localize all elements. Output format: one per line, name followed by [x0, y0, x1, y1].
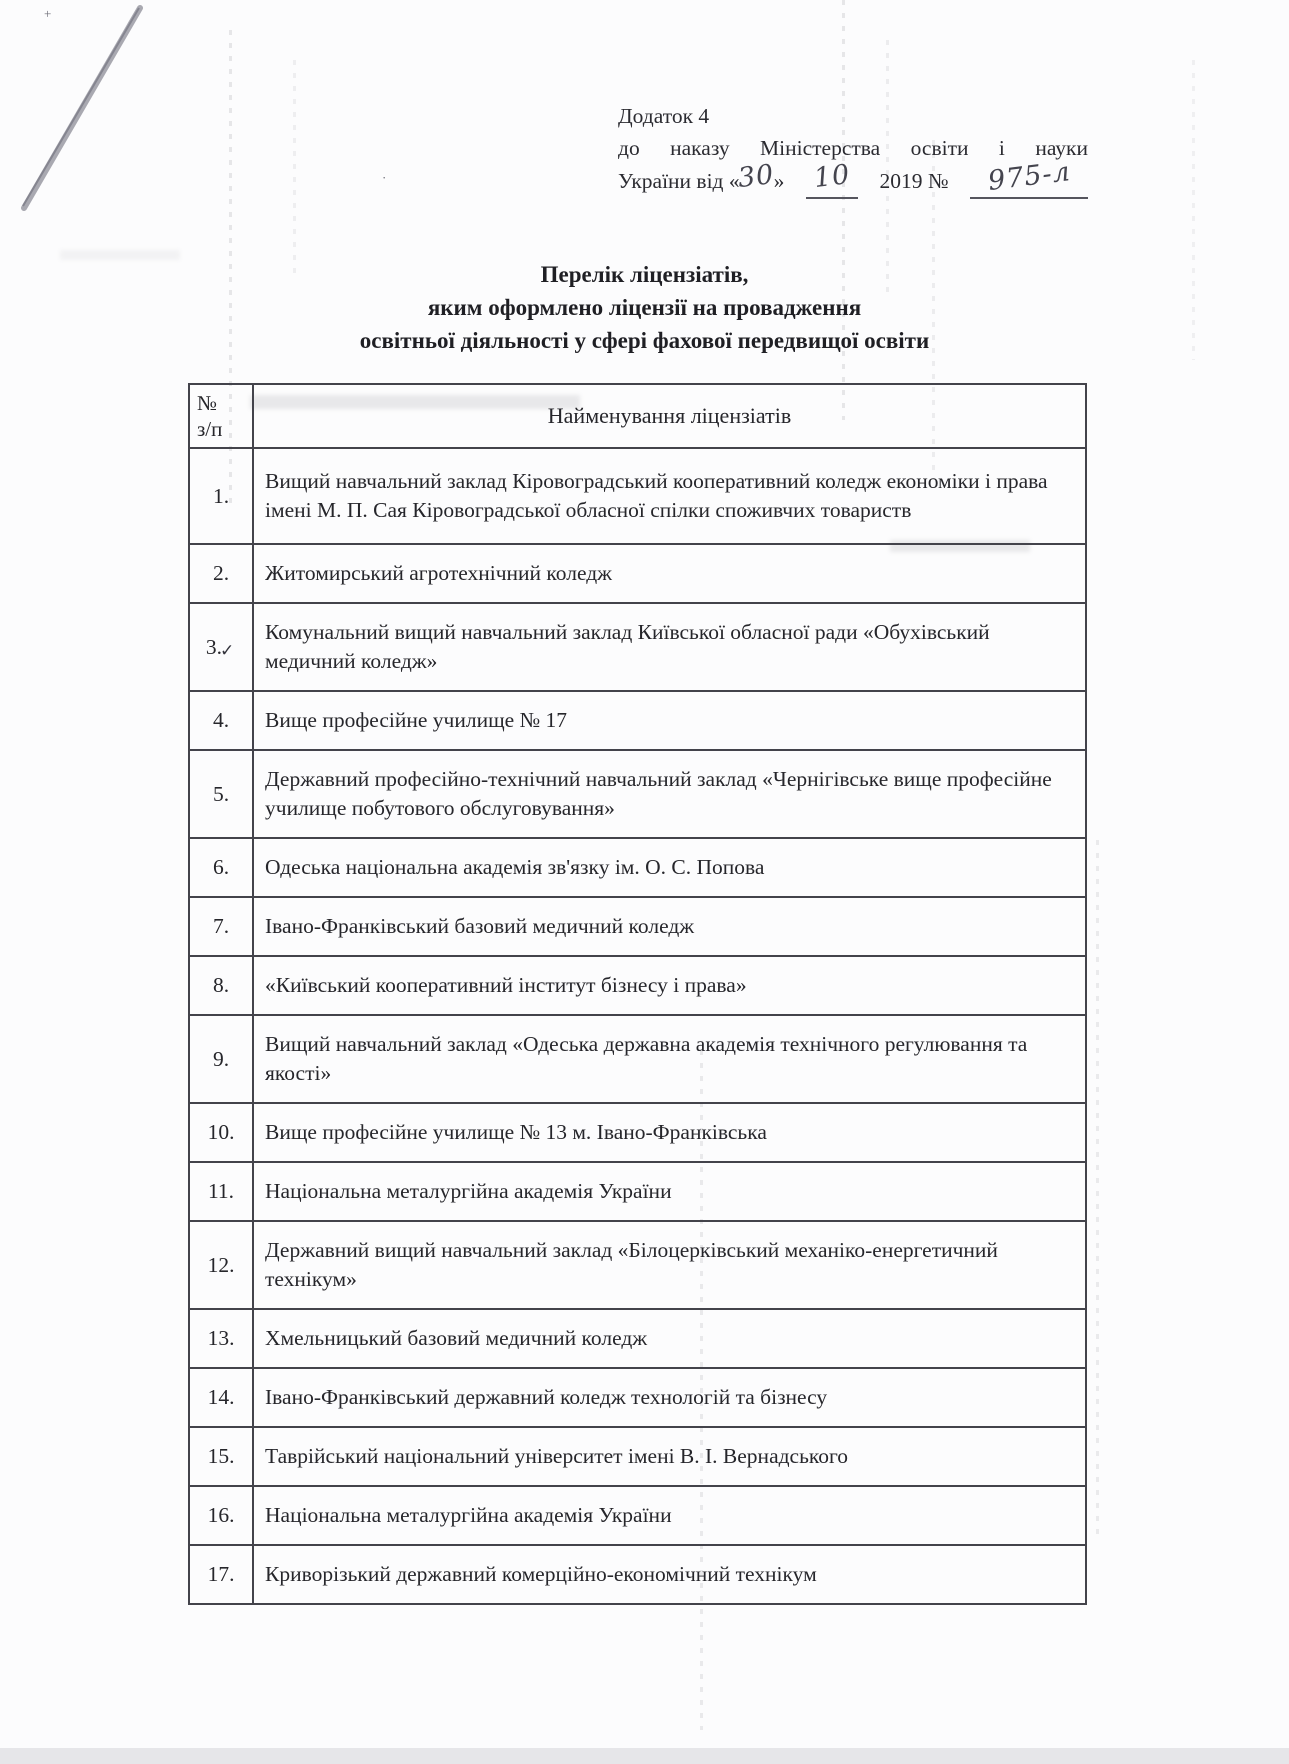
pen-stroke-artifact — [0, 0, 200, 240]
row-number-cell: 11.✓ — [189, 1162, 253, 1221]
row-name: Одеська національна академія зв'язку ім.… — [253, 838, 1086, 897]
licensees-table: № з/п Найменування ліцензіатів 1.✓ Вищий… — [188, 383, 1087, 1605]
table-row: 17.✓ Криворізький державний комерційно-е… — [189, 1545, 1086, 1604]
table-row: 6.✓ Одеська національна академія зв'язку… — [189, 838, 1086, 897]
row-number-cell: 6.✓ — [189, 838, 253, 897]
column-header-name: Найменування ліцензіатів — [253, 384, 1086, 448]
table-row: 9.✓ Вищий навчальний заклад «Одеська дер… — [189, 1015, 1086, 1103]
appendix-label: Додаток 4 — [618, 100, 1088, 132]
row-number: 6. — [213, 855, 229, 879]
row-number-cell: 12.✓ — [189, 1221, 253, 1309]
order-date-line: України від «30» 10 2019 № 975-л — [618, 164, 1088, 199]
handwritten-number-slot: 975-л — [970, 164, 1088, 199]
table-row: 10.✓ Вище професійне училище № 13 м. Іва… — [189, 1103, 1086, 1162]
table-row: 15.✓ Таврійський національний університе… — [189, 1427, 1086, 1486]
table-row: 5.✓ Державний професійно-технічний навча… — [189, 750, 1086, 838]
row-number-cell: 2.✓ — [189, 544, 253, 603]
table-row: 14.✓ Івано-Франківський державний коледж… — [189, 1368, 1086, 1427]
scanner-edge-strip — [0, 1748, 1289, 1764]
table-row: 11.✓ Національна металургійна академія У… — [189, 1162, 1086, 1221]
scan-bleed-line — [1096, 840, 1099, 1540]
row-name: «Київський кооперативний інститут бізнес… — [253, 956, 1086, 1015]
title-line-1: Перелік ліцензіатів, — [0, 258, 1289, 291]
row-number: 10. — [208, 1120, 235, 1144]
order-reference-block: Додаток 4 до наказу Міністерства освіти … — [618, 100, 1088, 199]
row-number: 15. — [208, 1444, 235, 1468]
row-name: Криворізький державний комерційно-економ… — [253, 1545, 1086, 1604]
row-name: Вище професійне училище № 13 м. Івано-Фр… — [253, 1103, 1086, 1162]
scan-bleed-line — [293, 60, 296, 280]
row-name: Комунальний вищий навчальний заклад Київ… — [253, 603, 1086, 691]
column-header-number-line2: з/п — [197, 416, 251, 442]
table-row: 16.✓ Національна металургійна академія У… — [189, 1486, 1086, 1545]
table-row: 3.✓ Комунальний вищий навчальний заклад … — [189, 603, 1086, 691]
order-date-prefix: України від « — [618, 169, 740, 193]
row-number-cell: 9.✓ — [189, 1015, 253, 1103]
table-row: 13.✓ Хмельницький базовий медичний колед… — [189, 1309, 1086, 1368]
document-title: Перелік ліцензіатів, яким оформлено ліце… — [0, 258, 1289, 357]
row-number-cell: 15.✓ — [189, 1427, 253, 1486]
row-number: 11. — [208, 1179, 234, 1203]
order-date-prefix-chunk: України від «30» — [618, 164, 784, 197]
row-number: 5. — [213, 782, 229, 806]
title-line-3: освітньої діяльності у сфері фахової пер… — [0, 324, 1289, 357]
table-row: 4.✓ Вище професійне училище № 17 — [189, 691, 1086, 750]
row-name: Державний професійно-технічний навчальни… — [253, 750, 1086, 838]
row-number-cell: 8.✓ — [189, 956, 253, 1015]
handwritten-day: 30 — [737, 159, 777, 195]
row-name: Вищий навчальний заклад «Одеська державн… — [253, 1015, 1086, 1103]
row-name: Житомирський агротехнічний коледж — [253, 544, 1086, 603]
row-number-cell: 13.✓ — [189, 1309, 253, 1368]
row-number-cell: 14.✓ — [189, 1368, 253, 1427]
row-number-cell: 1.✓ — [189, 448, 253, 544]
row-number-cell: 3.✓ — [189, 603, 253, 691]
row-number: 2. — [213, 561, 229, 585]
row-name: Івано-Франківський базовий медичний коле… — [253, 897, 1086, 956]
row-name: Івано-Франківський державний коледж техн… — [253, 1368, 1086, 1427]
row-number: 9. — [213, 1047, 229, 1071]
table-row: 2.✓ Житомирський агротехнічний коледж — [189, 544, 1086, 603]
row-number: 7. — [213, 914, 229, 938]
row-number-cell: 17.✓ — [189, 1545, 253, 1604]
handwritten-month: 10 — [812, 159, 852, 195]
title-line-2: яким оформлено ліцензії на провадження — [0, 291, 1289, 324]
table-header-row: № з/п Найменування ліцензіатів — [189, 384, 1086, 448]
row-number: 14. — [208, 1385, 235, 1409]
row-name: Таврійський національний університет іме… — [253, 1427, 1086, 1486]
order-date-year: 2019 № — [880, 165, 949, 197]
scanned-document-page: + · Додаток 4 до наказу Міністерства осв… — [0, 0, 1289, 1764]
table-row: 12.✓ Державний вищий навчальний заклад «… — [189, 1221, 1086, 1309]
row-number-cell: 16.✓ — [189, 1486, 253, 1545]
column-header-number-line1: № — [197, 390, 251, 416]
row-number-cell: 10.✓ — [189, 1103, 253, 1162]
row-number: 12. — [208, 1253, 235, 1277]
row-name: Національна металургійна академія Україн… — [253, 1162, 1086, 1221]
row-name: Хмельницький базовий медичний коледж — [253, 1309, 1086, 1368]
handwritten-month-slot: 10 — [806, 164, 858, 199]
column-header-number: № з/п — [189, 384, 253, 448]
row-number: 1. — [213, 484, 229, 508]
table-row: 7.✓ Івано-Франківський базовий медичний … — [189, 897, 1086, 956]
row-number-cell: 7.✓ — [189, 897, 253, 956]
row-number-cell: 5.✓ — [189, 750, 253, 838]
row-number: 16. — [208, 1503, 235, 1527]
row-name: Вище професійне училище № 17 — [253, 691, 1086, 750]
row-number: 4. — [213, 708, 229, 732]
handwritten-day-slot: 30 — [736, 164, 778, 197]
row-name: Вищий навчальний заклад Кіровоградський … — [253, 448, 1086, 544]
table-row: 1.✓ Вищий навчальний заклад Кіровоградсь… — [189, 448, 1086, 544]
row-number: 13. — [208, 1326, 235, 1350]
order-reference-line: до наказу Міністерства освіти і науки — [618, 132, 1088, 164]
check-mark-icon: ✓ — [220, 641, 234, 660]
row-number: 8. — [213, 973, 229, 997]
row-name: Державний вищий навчальний заклад «Білоц… — [253, 1221, 1086, 1309]
table-row: 8.✓ «Київський кооперативний інститут бі… — [189, 956, 1086, 1015]
row-name: Національна металургійна академія Україн… — [253, 1486, 1086, 1545]
scan-bleed-line — [842, 0, 845, 420]
row-number-cell: 4.✓ — [189, 691, 253, 750]
scan-dot-artifact: + — [44, 6, 51, 22]
scan-dot-artifact: · — [382, 170, 386, 186]
row-number: 17. — [208, 1562, 235, 1586]
table-body: 1.✓ Вищий навчальний заклад Кіровоградсь… — [189, 448, 1086, 1604]
